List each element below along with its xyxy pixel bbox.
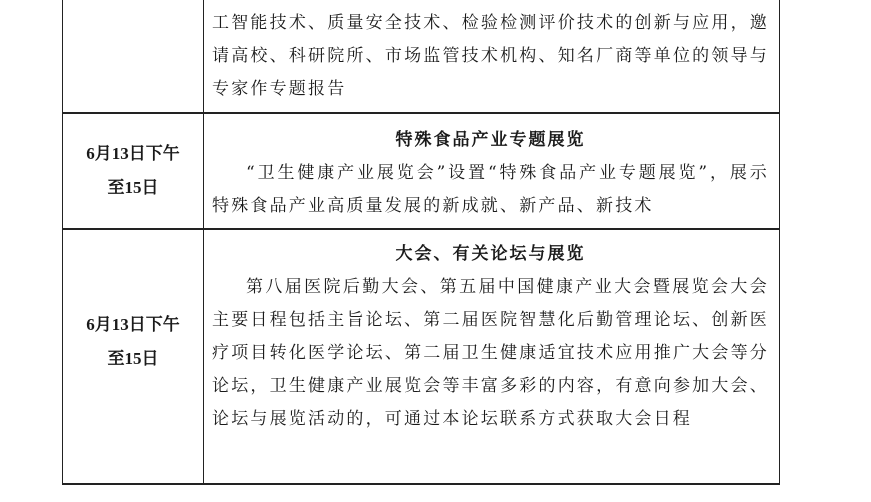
table-row: 6月13日下午 至15日 大会、有关论坛与展览 第八届医院后勤大会、第五届中国健… (63, 230, 779, 485)
date-cell (63, 0, 204, 112)
content-cell: 大会、有关论坛与展览 第八届医院后勤大会、第五届中国健康产业大会暨展览会大会主要… (204, 230, 779, 483)
date-line-1: 6月13日下午 (86, 308, 180, 342)
table-row: 工智能技术、质量安全技术、检验检测评价技术的创新与应用，邀请高校、科研院所、市场… (63, 0, 779, 114)
date-cell: 6月13日下午 至15日 (63, 114, 204, 228)
date-line-2: 至15日 (108, 171, 159, 205)
row-body: 工智能技术、质量安全技术、检验检测评价技术的创新与应用，邀请高校、科研院所、市场… (212, 7, 769, 106)
date-cell: 6月13日下午 至15日 (63, 230, 204, 483)
content-cell: 工智能技术、质量安全技术、检验检测评价技术的创新与应用，邀请高校、科研院所、市场… (204, 0, 779, 112)
row-body: 第八届医院后勤大会、第五届中国健康产业大会暨展览会大会主要日程包括主旨论坛、第二… (212, 271, 769, 436)
table-row: 6月13日下午 至15日 特殊食品产业专题展览 “卫生健康产业展览会”设置“特殊… (63, 114, 779, 230)
date-line-2: 至15日 (108, 342, 159, 376)
schedule-table: 工智能技术、质量安全技术、检验检测评价技术的创新与应用，邀请高校、科研院所、市场… (62, 0, 780, 485)
row-body: “卫生健康产业展览会”设置“特殊食品产业专题展览”，展示特殊食品产业高质量发展的… (212, 157, 769, 223)
row-title: 大会、有关论坛与展览 (212, 238, 769, 271)
row-title: 特殊食品产业专题展览 (212, 124, 769, 157)
date-line-1: 6月13日下午 (86, 137, 180, 171)
content-cell: 特殊食品产业专题展览 “卫生健康产业展览会”设置“特殊食品产业专题展览”，展示特… (204, 114, 779, 228)
